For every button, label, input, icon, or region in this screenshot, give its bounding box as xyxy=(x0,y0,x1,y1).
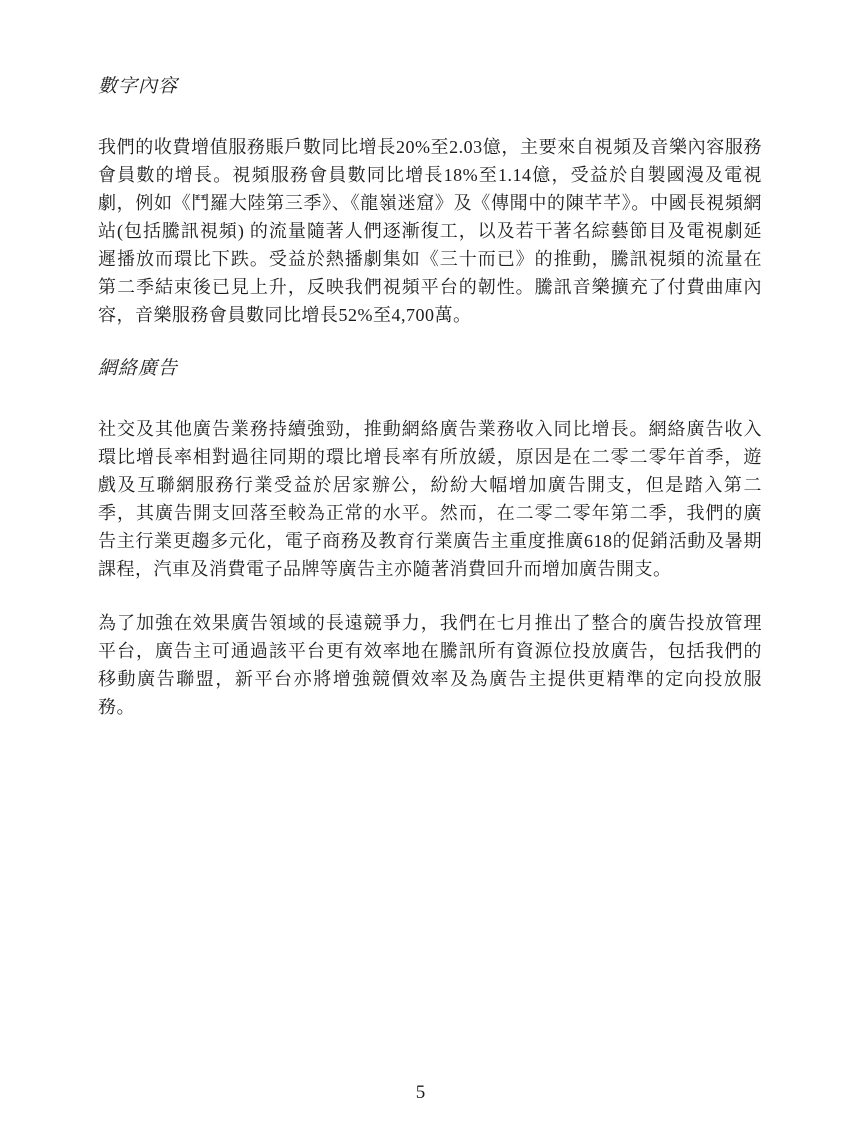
section-online-advertising: 網絡廣告 社交及其他廣告業務持續強勁，推動網絡廣告業務收入同比增長。網絡廣告收入… xyxy=(98,355,762,721)
digital-content-heading: 數字內容 xyxy=(98,73,762,101)
digital-content-paragraph: 我們的收費增值服務賬戶數同比增長20%至2.03億，主要來自視頻及音樂內容服務會… xyxy=(98,133,762,329)
document-page: 數字內容 我們的收費增值服務賬戶數同比增長20%至2.03億，主要來自視頻及音樂… xyxy=(0,0,841,1122)
online-advertising-heading: 網絡廣告 xyxy=(98,355,762,383)
page-number: 5 xyxy=(0,1082,841,1104)
online-advertising-paragraph-1: 社交及其他廣告業務持續強勁，推動網絡廣告業務收入同比增長。網絡廣告收入環比增長率… xyxy=(98,415,762,583)
section-digital-content: 數字內容 我們的收費增值服務賬戶數同比增長20%至2.03億，主要來自視頻及音樂… xyxy=(98,73,762,329)
online-advertising-paragraph-2: 為了加強在效果廣告領域的長遠競爭力，我們在七月推出了整合的廣告投放管理平台，廣告… xyxy=(98,609,762,721)
